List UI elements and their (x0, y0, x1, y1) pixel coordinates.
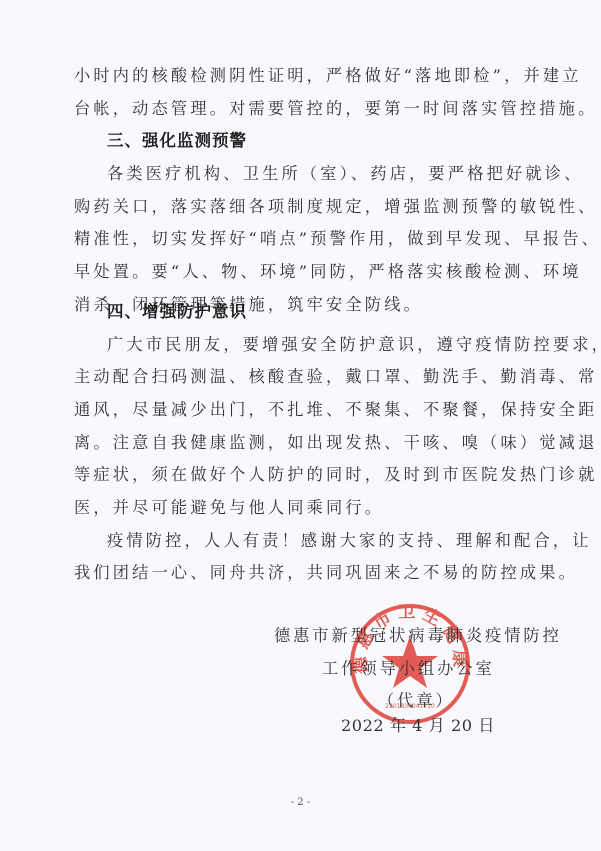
signature-date: 2022 年 4 月 20 日 (341, 712, 495, 736)
paragraph-line: 等症状，须在做好个人防护的同时，及时到市医院发热门诊就 (74, 465, 536, 485)
paragraph-line: 通风，尽量减少出门，不扎堆、不聚集、不聚餐，保持安全距 (74, 400, 536, 420)
paragraph-line: 购药关口，落实落细各项制度规定，增强监测预警的敏锐性、 (74, 197, 536, 217)
signature-note: （代章） (378, 687, 455, 711)
document-page: 小时内的核酸检测阴性证明，严格做好“落地即检”，并建立 台帐，动态管理。对需要管… (0, 0, 601, 851)
page-number: - 2 - (0, 797, 601, 808)
paragraph-line: 台帐，动态管理。对需要管控的，要第一时间落实管控措施。 (74, 99, 536, 119)
signature-org-line2: 工作领导小组办公室 (322, 655, 495, 679)
paragraph-line: 疫情防控，人人有责！感谢大家的支持、理解和配合，让 (107, 531, 569, 551)
paragraph-line: 离。注意自我健康监测，如出现发热、干咳、嗅（味）觉减退 (74, 433, 536, 453)
paragraph-line: 早处置。要“人、物、环境”同防，严格落实核酸检测、环境 (74, 262, 536, 282)
section-heading: 四、增强防护意识 (107, 302, 569, 322)
paragraph-line: 主动配合扫码测温、核酸查验，戴口罩、勤洗手、勤消毒、常 (74, 367, 536, 387)
paragraph-line: 广大市民朋友，要增强安全防护意识，遵守疫情防控要求， (107, 335, 569, 355)
paragraph-line: 我们团结一心、同舟共济，共同巩固来之不易的防控成果。 (74, 563, 536, 583)
paragraph-line: 精准性，切实发挥好“哨点”预警作用，做到早发现、早报告、 (74, 229, 536, 249)
paragraph-line: 各类医疗机构、卫生所（室）、药店，要严格把好就诊、 (107, 164, 569, 184)
paragraph-line: 小时内的核酸检测阴性证明，严格做好“落地即检”，并建立 (74, 66, 536, 86)
signature-org-line1: 德惠市新型冠状病毒肺炎疫情防控 (274, 622, 562, 646)
paragraph-line: 医，并尽可能避免与他人同乘同行。 (74, 498, 536, 518)
section-heading: 三、强化监测预警 (107, 131, 569, 151)
